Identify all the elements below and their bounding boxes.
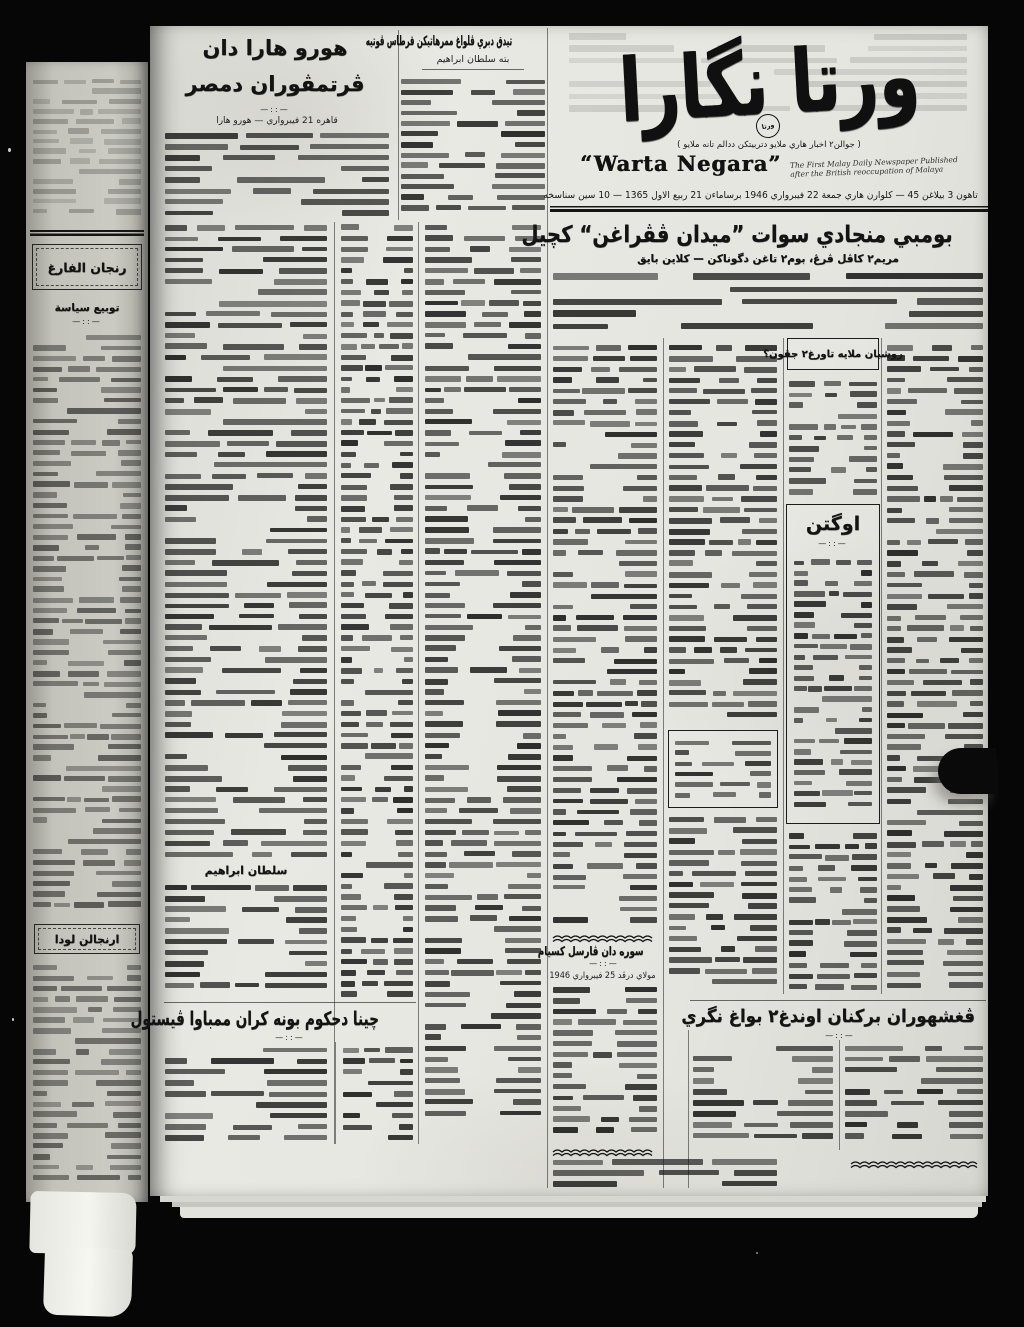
text-block bbox=[552, 1156, 778, 1190]
page-curl bbox=[43, 1247, 133, 1318]
divider: —::— bbox=[574, 960, 634, 968]
masthead-double-rule bbox=[550, 206, 988, 212]
section-rule bbox=[164, 1002, 416, 1003]
text-block bbox=[164, 130, 390, 218]
column-rule bbox=[881, 338, 882, 994]
divider: —::— bbox=[220, 106, 330, 114]
divider: —::— bbox=[240, 1034, 340, 1042]
russia-box-title: روشيان ملايه تاورغ٢ جڤون؟ bbox=[763, 349, 903, 360]
left-page-section-box: ارنجالن لودا bbox=[34, 924, 140, 954]
divider: —::— bbox=[56, 318, 118, 326]
column-rule bbox=[334, 222, 335, 1144]
left-page-section-title: رنجان الفارغ bbox=[47, 260, 126, 275]
masthead-latin-row: “Warta Negara” The First Malay Daily New… bbox=[550, 152, 988, 176]
column-rule bbox=[418, 222, 419, 1144]
text-block bbox=[164, 222, 328, 860]
parcel-dateline: مولاي درڤد 25 فيبرواري 1946 bbox=[554, 971, 655, 981]
text-block bbox=[788, 378, 878, 500]
egypt-headline-line1: هورو هارا دان bbox=[160, 32, 390, 64]
column-rule bbox=[783, 338, 784, 994]
wavy-rule bbox=[850, 1156, 980, 1166]
text-block bbox=[692, 1042, 834, 1150]
text-block bbox=[32, 962, 142, 1188]
masthead-dateline: تاهون 3 بيلاغن 45 — كلوارن هاري جمعة 22 … bbox=[560, 189, 978, 202]
text-block bbox=[424, 222, 542, 1126]
text-block bbox=[674, 737, 772, 801]
main-page: هورو هارا دان ڤرتمڤوران دمصر —::— قاهره … bbox=[150, 26, 988, 1196]
dust-speck bbox=[756, 1252, 758, 1254]
ugtn-box-title: اوگتن bbox=[787, 513, 879, 535]
egypt-headline-line2: ڤرتمڤوران دمصر bbox=[160, 68, 390, 100]
dust-speck bbox=[8, 148, 11, 152]
dust-speck bbox=[12, 1018, 14, 1021]
column-rule bbox=[398, 30, 399, 220]
column-rule bbox=[663, 338, 664, 1188]
text-block bbox=[552, 342, 658, 928]
text-block bbox=[788, 830, 878, 994]
wavy-rule bbox=[552, 930, 658, 940]
text-block bbox=[886, 342, 984, 994]
text-block bbox=[400, 76, 546, 218]
left-page-section-box: رنجان الفارغ bbox=[32, 244, 142, 290]
column-rule bbox=[688, 1030, 689, 1188]
white-paper-headline: تيدق دبري ڤلواغ ممرهاتيكن قرطاس ڤوتيه bbox=[434, 34, 512, 49]
column-rule bbox=[839, 1040, 840, 1150]
ugtn-box: اوگتن —::— bbox=[786, 504, 880, 824]
text-block bbox=[164, 1044, 328, 1144]
text-block bbox=[668, 342, 778, 726]
masthead-subtitle-en: The First Malay Daily Newspaper Publishe… bbox=[790, 149, 959, 179]
text-block bbox=[340, 222, 414, 1000]
lead-headline: بومبي منجادي سوات ”ميدان ڤڤراغن“ كچيل bbox=[583, 220, 952, 250]
text-block bbox=[552, 270, 984, 334]
masthead: ورتا نگارا ورتا ( جوالن٢ اخبار هاري ملاي… bbox=[550, 26, 988, 218]
banish-headline: ڤغشهوران بركنان اوندغ٢ بواغ نگري bbox=[703, 1006, 975, 1027]
text-block bbox=[844, 1042, 984, 1150]
column-rule bbox=[335, 1042, 336, 1144]
russia-box: روشيان ملايه تاورغ٢ جڤون؟ bbox=[787, 338, 879, 370]
left-page-section-title: ارنجالن لودا bbox=[55, 933, 120, 946]
page-stack-edge bbox=[180, 1207, 978, 1218]
egypt-dateline: قاهره 21 فيبرواري — هورو هارا bbox=[164, 116, 390, 126]
rule bbox=[422, 69, 524, 70]
text-block bbox=[32, 332, 142, 918]
inset-box bbox=[668, 730, 778, 808]
white-paper-byline: بته سلطان ابراهيم bbox=[400, 54, 546, 65]
masthead-tagline: ( جوالن٢ اخبار هاري ملايو دتربيتكن ددالم… bbox=[550, 140, 988, 150]
wavy-rule bbox=[552, 1144, 658, 1154]
column-rule bbox=[547, 28, 548, 1188]
text-block bbox=[164, 882, 328, 1000]
page-curl bbox=[29, 1191, 136, 1255]
binder-clip bbox=[938, 748, 996, 794]
lead-subheadline: مريم٢ كاڤل ڤرڠ، بوم٢ تاغن دگوناكن — كلاي… bbox=[580, 253, 956, 265]
divider: —::— bbox=[808, 540, 858, 548]
divider: —::— bbox=[790, 1032, 890, 1040]
section-rule bbox=[690, 1000, 986, 1001]
section-rule bbox=[30, 230, 144, 236]
text-block bbox=[793, 557, 873, 815]
text-block bbox=[552, 984, 658, 1140]
masthead-title-latin: “Warta Negara” bbox=[580, 152, 781, 176]
text-block bbox=[32, 76, 142, 218]
text-block bbox=[668, 814, 778, 994]
left-page-subheading: توبيع سياسة bbox=[32, 302, 142, 314]
text-block bbox=[342, 1044, 414, 1144]
left-partial-page: رنجان الفارغ توبيع سياسة —::— ارنجالن لو… bbox=[26, 62, 148, 1202]
sultan-line: سلطان ابراهيم bbox=[164, 864, 328, 877]
parcel-headline: سوره دان ڤارسل كسيام bbox=[567, 944, 644, 958]
newspaper-photo: رنجان الفارغ توبيع سياسة —::— ارنجالن لو… bbox=[0, 0, 1024, 1327]
china-headline: چينا دحكوم بونه كران ممباوا ڤيستول bbox=[201, 1008, 379, 1030]
